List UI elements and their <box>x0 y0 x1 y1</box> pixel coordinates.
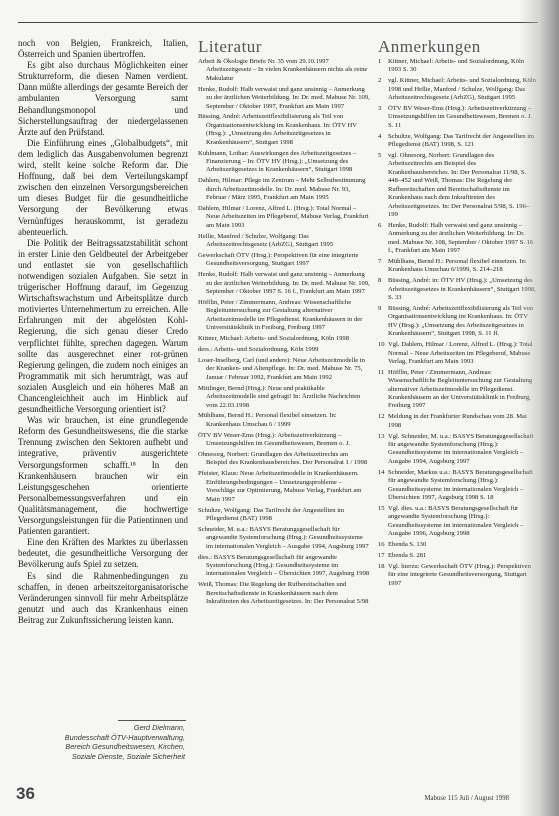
footnote: 11Höfflin, Peter / Zimmermann, Andreas: … <box>378 369 538 411</box>
page-number: 36 <box>16 784 35 804</box>
paragraph: Die Politik der Beitragssatzstabilität s… <box>18 238 188 416</box>
literature-entry: Dahlem, Hilmar: Pflege im Zentrum – Mehr… <box>198 177 371 202</box>
literature-column: Literatur Arbeit & Ökologie Briefe Nr. 3… <box>198 38 371 609</box>
footnote-text: Schneider, Markus u.a.: BASYS Beratungsg… <box>388 469 533 501</box>
literature-entry: Mittlinger, Bernd (Hrsg.): Neue und prak… <box>198 385 371 410</box>
literature-entry: Pfeister, Klaus: Neue Arbeitszeitmodelle… <box>198 470 371 504</box>
paragraph: Es gibt also durchaus Möglichkeiten eine… <box>18 60 188 138</box>
journal-footer: Mabuse 115 Juli / August 1998 <box>424 795 509 802</box>
literature-entry: Loser-Inselberg, Carl (und andere): Neue… <box>198 357 371 382</box>
literature-list: Arbeit & Ökologie Briefe Nr. 35 vom 29.1… <box>198 58 371 606</box>
author-affiliation-2: Bereich Gesundheitswesen, Kirchen, <box>30 742 185 752</box>
literature-heading: Literatur <box>198 38 371 55</box>
footnote: 17Ebenda S. 281 <box>378 552 538 560</box>
paragraph: Was wir brauchen, ist eine grundlegende … <box>18 415 188 537</box>
footnote-number: 4 <box>378 133 381 141</box>
footnote-number: 15 <box>378 505 385 513</box>
footnote-text: Ebenda S. 281 <box>388 552 426 559</box>
literature-entry: Hellie, Manfred / Schulze, Wolfgang: Das… <box>198 233 371 250</box>
footnote: 5vgl. Ohnesorg, Norbert: Grundlagen des … <box>378 152 538 219</box>
literature-entry: ders.: Arbeits- und Sozialordnung, Köln … <box>198 346 371 354</box>
footnote-number: 2 <box>378 77 381 85</box>
literature-entry: Kuhlmann, Lothar: Auswirkungen des Arbei… <box>198 150 371 175</box>
footnote: 15Vgl. dies. u.a.: BASYS Beratungsgesell… <box>378 505 538 539</box>
footnote-number: 16 <box>378 541 385 549</box>
notes-heading: Anmerkungen <box>378 38 538 55</box>
literature-entry: Schultze, Wolfgang: Das Tarifrecht der A… <box>198 507 371 524</box>
author-name: Gerd Dielmann, <box>30 723 185 733</box>
footnote-text: Mühlhans, Bernd H.: Personal flexibel ei… <box>388 258 527 273</box>
paragraph: Die Einführung eines „Globalbudgets“, mi… <box>18 138 188 238</box>
footnote-text: Kittner, Michael: Arbeits- und Sozialord… <box>388 58 524 73</box>
literature-entry: Arbeit & Ökologie Briefe Nr. 35 vom 29.1… <box>198 58 371 83</box>
footnote: 18Vgl. hierzu: Gewerkschaft ÖTV (Hrsg.):… <box>378 563 538 588</box>
top-rule <box>18 22 538 23</box>
footnote-number: 18 <box>378 563 385 571</box>
literature-entry: Kittner, Michael: Arbeits- und Sozialord… <box>198 335 371 343</box>
footnote: 12Meldung in der Frankfurter Rundschau v… <box>378 413 538 430</box>
footnote-text: Vgl. Schneider, M. u.a.: BASYS Beratungs… <box>388 433 534 465</box>
footnote-text: Vgl. hierzu: Gewerkschaft ÖTV (Hrsg.): P… <box>388 563 531 587</box>
footnote: 6Henke, Rudolf: Halb verwaist und ganz u… <box>378 222 538 256</box>
footnote-text: vgl. Ohnesorg, Norbert: Grundlagen des A… <box>388 152 529 218</box>
footnote-text: Vgl. dies. u.a.: BASYS Beratungsgesellsc… <box>388 505 523 537</box>
literature-entry: Gewerkschaft ÖTV (Hrsg.): Perspektiven f… <box>198 252 371 269</box>
footnote: 4Schultze, Wolfgang: Das Tarifrecht der … <box>378 133 538 150</box>
footnote-text: ÖTV BV Weser-Ems (Hrsg.): Arbeitszeitver… <box>388 105 532 129</box>
footnote: 2vgl. Kittner, Michael: Arbeits- und Soz… <box>378 77 538 102</box>
footnote: 10Vgl. Dahlem, Hilmar / Lorenz, Alfred L… <box>378 341 538 366</box>
paragraph: noch von Belgien, Frankreich, Italien, Ö… <box>18 38 188 60</box>
notes-column: Anmerkungen 1Kittner, Michael: Arbeits- … <box>378 38 538 591</box>
document-page: noch von Belgien, Frankreich, Italien, Ö… <box>0 0 559 816</box>
footnote: 9Büssing, André: Arbeitszeitflexibilisie… <box>378 305 538 339</box>
footnote-text: Ebenda S. 130 <box>388 541 426 548</box>
article-column: noch von Belgien, Frankreich, Italien, Ö… <box>18 38 188 626</box>
footnote-number: 10 <box>378 341 385 349</box>
footnote-number: 6 <box>378 222 381 230</box>
footnote-number: 14 <box>378 469 385 477</box>
literature-entry: Weiß, Thomas: Die Regelung der Rufbereit… <box>198 581 371 606</box>
footnote-text: Büssing, André: Arbeitszeitflexibilisier… <box>388 305 533 337</box>
footnote-number: 3 <box>378 105 381 113</box>
literature-entry: Henke, Rudolf: Halb verwaist und ganz un… <box>198 86 371 111</box>
footnote-number: 7 <box>378 258 381 266</box>
author-signature: Gerd Dielmann, Bundesschaft ÖTV-Hauptver… <box>30 723 185 761</box>
footnote-text: Büssing, André: in: ÖTV HV (Hrsg.): „Ums… <box>388 277 536 301</box>
literature-entry: ÖTV BV Weser-Ems (Hrsg.): Arbeitszeitver… <box>198 432 371 449</box>
footnote-number: 12 <box>378 413 385 421</box>
literature-entry: dies.: BASYS Beratungsgesellschaft für a… <box>198 554 371 579</box>
footnote: 16Ebenda S. 130 <box>378 541 538 549</box>
footnote: 3ÖTV BV Weser-Ems (Hrsg.): Arbeitszeitve… <box>378 105 538 130</box>
footnote-number: 1 <box>378 58 381 66</box>
literature-entry: Henke, Rudolf: Halb verwaist und ganz un… <box>198 271 371 296</box>
footnote-number: 17 <box>378 552 385 560</box>
notes-list: 1Kittner, Michael: Arbeits- und Sozialor… <box>378 58 538 588</box>
footnote: 1Kittner, Michael: Arbeits- und Sozialor… <box>378 58 538 75</box>
footnote-text: Höfflin, Peter / Zimmermann, Andreas: Wi… <box>388 369 532 410</box>
footnote-number: 13 <box>378 433 385 441</box>
paragraph: Eine den Kräften des Marktes zu überlass… <box>18 537 188 570</box>
footnote: 14Schneider, Markus u.a.: BASYS Beratung… <box>378 469 538 503</box>
footnote: 7Mühlhans, Bernd H.: Personal flexibel e… <box>378 258 538 275</box>
literature-entry: Ohnesorg, Norbert: Grundlagen des Arbeit… <box>198 451 371 468</box>
author-affiliation-3: Soziale Dienste, Soziale Sicherheit <box>30 752 185 762</box>
binding-shadow <box>519 0 559 816</box>
paragraph: Es sind die Rahmenbedingungen zu schaffe… <box>18 571 188 626</box>
footnote-number: 9 <box>378 305 381 313</box>
footnote-number: 8 <box>378 277 381 285</box>
footnote-number: 5 <box>378 152 381 160</box>
footnote-text: vgl. Kittner, Michael: Arbeits- und Sozi… <box>388 77 536 101</box>
literature-entry: Schneider, M. u.a.: BASYS Beratungsgesel… <box>198 526 371 551</box>
footnote-number: 11 <box>378 369 384 377</box>
footnote: 8Büssing, André: in: ÖTV HV (Hrsg.): „Um… <box>378 277 538 302</box>
signature-rule <box>118 720 186 721</box>
author-affiliation-1: Bundesschaft ÖTV-Hauptverwaltung, <box>30 733 185 743</box>
footnote: 13Vgl. Schneider, M. u.a.: BASYS Beratun… <box>378 433 538 467</box>
literature-entry: Büssing, André: Arbeitszeitflexibilisier… <box>198 113 371 147</box>
footnote-text: Vgl. Dahlem, Hilmar / Lorenz, Alfred L. … <box>388 341 533 365</box>
footnote-text: Henke, Rudolf: Halb verwaist und ganz un… <box>388 222 533 254</box>
footnote-text: Meldung in der Frankfurter Rundschau vom… <box>388 413 527 428</box>
literature-entry: Dahlem, Hilmar / Lorenz, Alfred L. (Hrsg… <box>198 205 371 230</box>
footnote-text: Schultze, Wolfgang: Das Tarifrecht der A… <box>388 133 534 148</box>
literature-entry: Höfflin, Peter / Zimmermann, Andreas: Wi… <box>198 299 371 333</box>
literature-entry: Mühlhans, Bernd H.: Personal flexibel ei… <box>198 412 371 429</box>
